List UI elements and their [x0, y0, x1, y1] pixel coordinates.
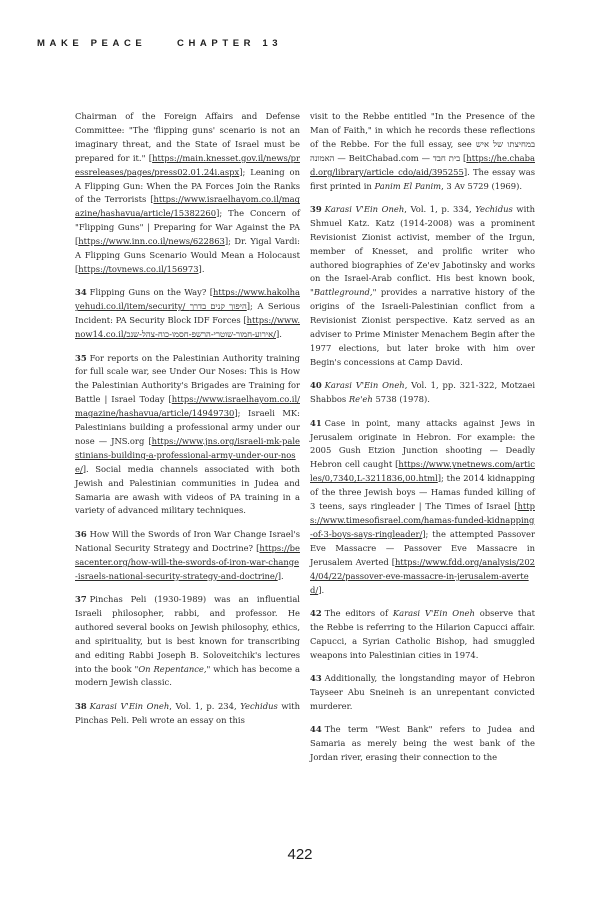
running-head: MAKE PEACE CHAPTER 13 — [37, 38, 146, 49]
note-text: , Vol. 1, p. 234, — [169, 701, 240, 711]
endnote-number: 39 — [310, 204, 322, 214]
endnote-41: 41Case in point, many attacks against Je… — [310, 417, 535, 598]
endnote-34: 34Flipping Guns on the Way? [https://www… — [75, 286, 300, 342]
italic-title: Karasi V'Ein Oneh — [325, 380, 405, 390]
note-text: , Vol. 1, p. 334, — [404, 204, 475, 214]
italic-title: Karasi V'Ein Oneh — [393, 608, 475, 618]
endnote-number: 41 — [310, 418, 322, 428]
note-text: The editors of — [325, 608, 393, 618]
italic-title: "Battleground," — [310, 287, 376, 297]
endnote-38: 38Karasi V'Ein Oneh, Vol. 1, p. 234, Yec… — [75, 700, 300, 728]
note-text: ]. — [276, 329, 282, 339]
endnote-36: 36How Will the Swords of Iron War Change… — [75, 528, 300, 584]
endnote-39: 39Karasi V'Ein Oneh, Vol. 1, p. 334, Yec… — [310, 203, 535, 370]
hebrew-text: בית חבד — [433, 153, 460, 163]
note-continuation: Chairman of the Foreign Affairs and Defe… — [75, 110, 300, 277]
italic-title: Yechidus — [475, 204, 513, 214]
endnote-number: 35 — [75, 353, 87, 363]
endnote-number: 37 — [75, 594, 87, 604]
endnote-42: 42The editors of Karasi V'Ein Oneh obser… — [310, 607, 535, 663]
endnote-number: 40 — [310, 380, 322, 390]
italic-title: Yechidus — [240, 701, 278, 711]
endnote-number: 44 — [310, 724, 322, 734]
right-column: visit to the Rebbe entitled "In the Pres… — [310, 110, 535, 774]
endnote-40: 40Karasi V'Ein Oneh, Vol. 1, pp. 321-322… — [310, 379, 535, 407]
italic-title: Re'eh — [349, 394, 373, 404]
book-title: MAKE PEACE — [37, 38, 146, 49]
italic-title: Panim El Panim — [374, 181, 441, 191]
left-column: Chairman of the Foreign Affairs and Defe… — [75, 110, 300, 774]
note-continuation: visit to the Rebbe entitled "In the Pres… — [310, 110, 535, 193]
endnote-44: 44The term "West Bank" refers to Judea a… — [310, 723, 535, 765]
chapter-label: CHAPTER 13 — [177, 38, 282, 49]
note-text: Pinchas Peli (1930-1989) was an influent… — [75, 594, 300, 674]
note-text: provides a narrative history of the orig… — [310, 287, 535, 367]
endnote-43: 43Additionally, the longstanding mayor o… — [310, 672, 535, 714]
endnote-37: 37Pinchas Peli (1930-1989) was an influe… — [75, 593, 300, 690]
page-number: 422 — [0, 846, 600, 863]
note-text: , 3 Av 5729 (1969). — [441, 181, 522, 191]
reference-link[interactable]: https://www.inn.co.il/news/622863 — [78, 236, 225, 246]
note-text: Additionally, the longstanding mayor of … — [310, 673, 535, 711]
italic-title: "On Repentance," — [134, 664, 210, 674]
endnote-number: 38 — [75, 701, 87, 711]
note-text: The term "West Bank" refers to Judea and… — [310, 724, 535, 762]
endnote-number: 42 — [310, 608, 322, 618]
endnotes-body: Chairman of the Foreign Affairs and Defe… — [75, 110, 535, 774]
endnote-number: 43 — [310, 673, 322, 683]
note-text: — BeitChabad.com — — [335, 153, 433, 163]
note-text: 5738 (1978). — [373, 394, 430, 404]
endnote-number: 34 — [75, 287, 87, 297]
italic-title: Karasi V'Ein Oneh — [90, 701, 170, 711]
note-text: Flipping Guns on the Way? [ — [90, 287, 213, 297]
endnote-number: 36 — [75, 529, 87, 539]
italic-title: Karasi V'Ein Oneh — [325, 204, 405, 214]
reference-link[interactable]: https://tovnews.co.il/156973 — [78, 264, 198, 274]
note-text: ]. — [199, 264, 205, 274]
left-notes-list: 34Flipping Guns on the Way? [https://www… — [75, 286, 300, 727]
right-notes-list: 39Karasi V'Ein Oneh, Vol. 1, p. 334, Yec… — [310, 203, 535, 765]
note-text: with Shmuel Katz. Katz (1914-2008) was a… — [310, 204, 535, 284]
note-text: ]. Social media channels associated with… — [75, 464, 300, 516]
note-text: ]. — [278, 571, 284, 581]
endnote-35: 35For reports on the Palestinian Authori… — [75, 352, 300, 519]
note-text: ]. — [318, 585, 324, 595]
